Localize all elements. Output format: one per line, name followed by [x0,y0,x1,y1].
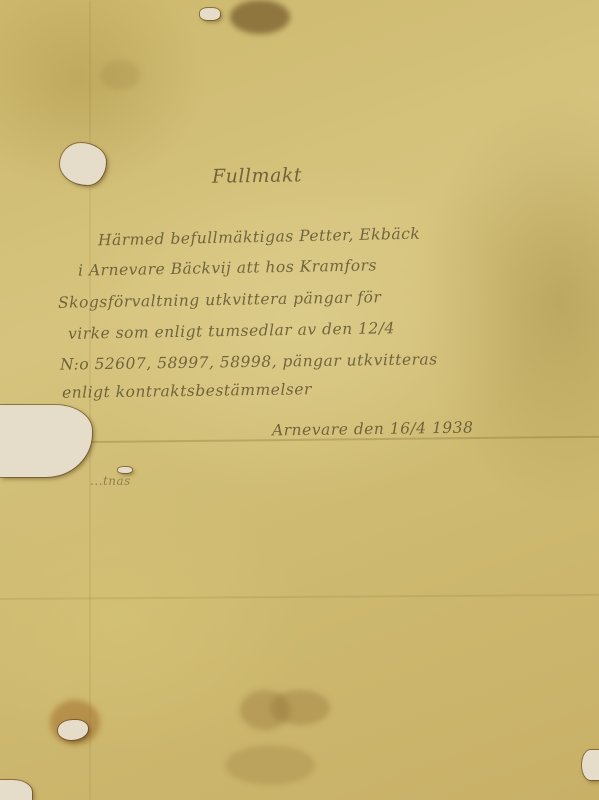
body-line-3: Skogsförvaltning utkvittera pängar för [58,288,382,312]
document-title: Fullmakt [212,164,302,188]
body-line-5: N:o 52607, 58997, 58998, pängar utkvitte… [60,350,438,373]
faded-fragment-text: ...tnas [90,474,131,488]
paper-tear [582,750,599,780]
body-line-6: enligt kontraktsbestämmelser [62,380,312,401]
paper-tear [0,405,92,477]
paper-tear [60,143,106,185]
stain [270,690,330,725]
document-sheet: Fullmakt Härmed befullmäktigas Petter, E… [0,0,599,800]
paper-tear [200,8,220,20]
body-line-4: virke som enligt tumsedlar av den 12/4 [68,319,395,343]
paper-tear [118,467,132,473]
stain [100,60,140,90]
body-line-1: Härmed befullmäktigas Petter, Ekbäck [98,225,421,250]
paper-tear [0,780,32,800]
stain [225,745,315,785]
signature-date-line: Arnevare den 16/4 1938 [272,419,474,440]
body-line-2: i Arnevare Bäckvij att hos Kramfors [78,256,377,279]
stain [230,0,290,34]
